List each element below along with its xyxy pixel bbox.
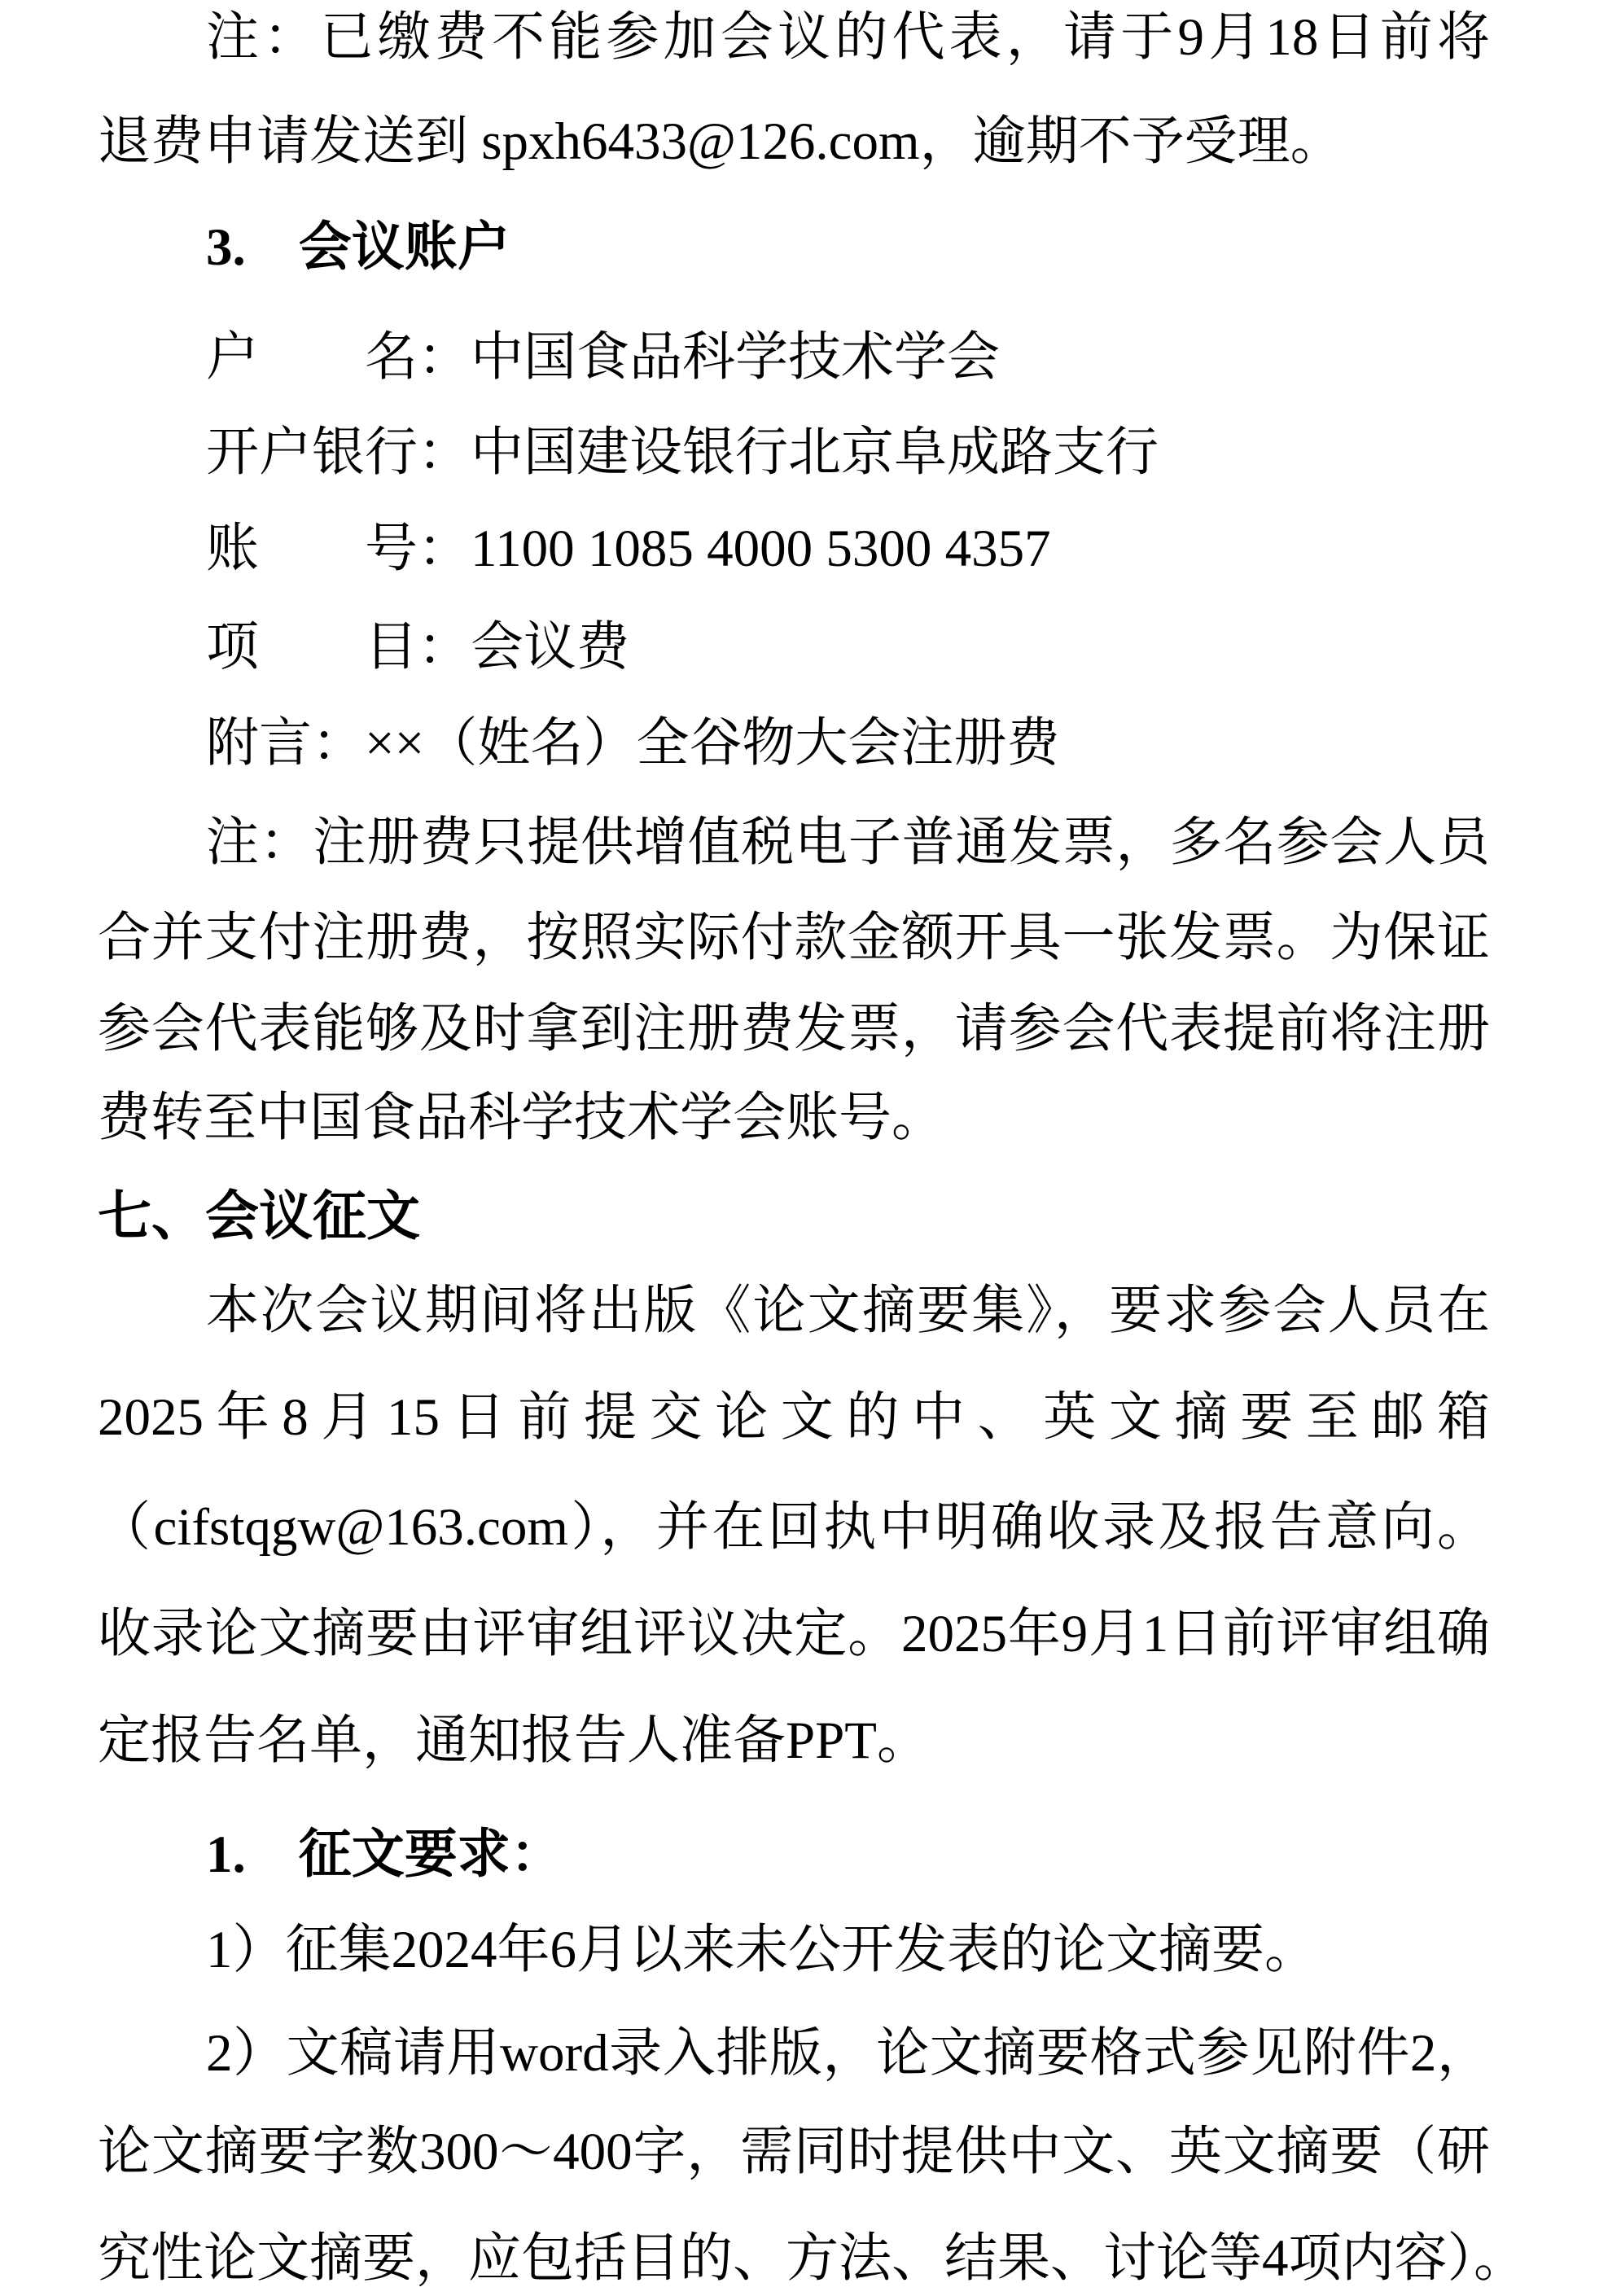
document-line: 本次会议期间将出版《论文摘要集》，要求参会人员在 <box>206 1282 1490 1341</box>
document-line: 合并支付注册费，按照实际付款金额开具一张发票。为保证 <box>98 909 1490 968</box>
subsection-heading: 1. 征文要求： <box>206 1825 563 1885</box>
document-line: 2）文稿请用word录入排版，论文摘要格式参见附件2， <box>206 2024 1490 2083</box>
document-line: 注：注册费只提供增值税电子普通发票，多名参会人员 <box>206 813 1490 873</box>
document-line: 2025年8月15日前提交论文的中、英文摘要至邮箱 <box>98 1388 1490 1448</box>
document-line: （cifstqgw@163.com），并在回执中明确收录及报告意向。 <box>98 1498 1490 1558</box>
document-line: 参会代表能够及时拿到注册费发票，请参会代表提前将注册 <box>98 1000 1490 1059</box>
document-line: 论文摘要字数300～400字，需同时提供中文、英文摘要（研 <box>98 2123 1490 2182</box>
document-line: 附言：××（姓名）全谷物大会注册费 <box>206 714 1059 773</box>
section-heading: 七、会议征文 <box>98 1186 420 1247</box>
document-line: 项 目：会议费 <box>206 618 629 677</box>
document-line: 注：已缴费不能参加会议的代表，请于9月18日前将 <box>206 8 1490 68</box>
document-line: 开户银行：中国建设银行北京阜成路支行 <box>206 423 1159 483</box>
document-line: 账 号：1100 1085 4000 5300 4357 <box>206 519 1051 579</box>
document-line: 1）征集2024年6月以来未公开发表的论文摘要。 <box>206 1921 1317 1980</box>
document-line: 究性论文摘要，应包括目的、方法、结果、讨论等4项内容）。 <box>98 2229 1527 2289</box>
document-page: 注：已缴费不能参加会议的代表，请于9月18日前将退费申请发送到 spxh6433… <box>0 0 1621 2296</box>
document-line: 费转至中国食品科学技术学会账号。 <box>98 1089 944 1148</box>
document-line: 收录论文摘要由评审组评议决定。2025年9月1日前评审组确 <box>98 1605 1490 1664</box>
subsection-heading: 3. 会议账户 <box>206 218 510 278</box>
document-line: 退费申请发送到 spxh6433@126.com，逾期不予受理。 <box>98 112 1343 172</box>
document-line: 定报告名单，通知报告人准备PPT。 <box>98 1711 930 1771</box>
document-line: 户 名：中国食品科学技术学会 <box>206 328 1000 388</box>
